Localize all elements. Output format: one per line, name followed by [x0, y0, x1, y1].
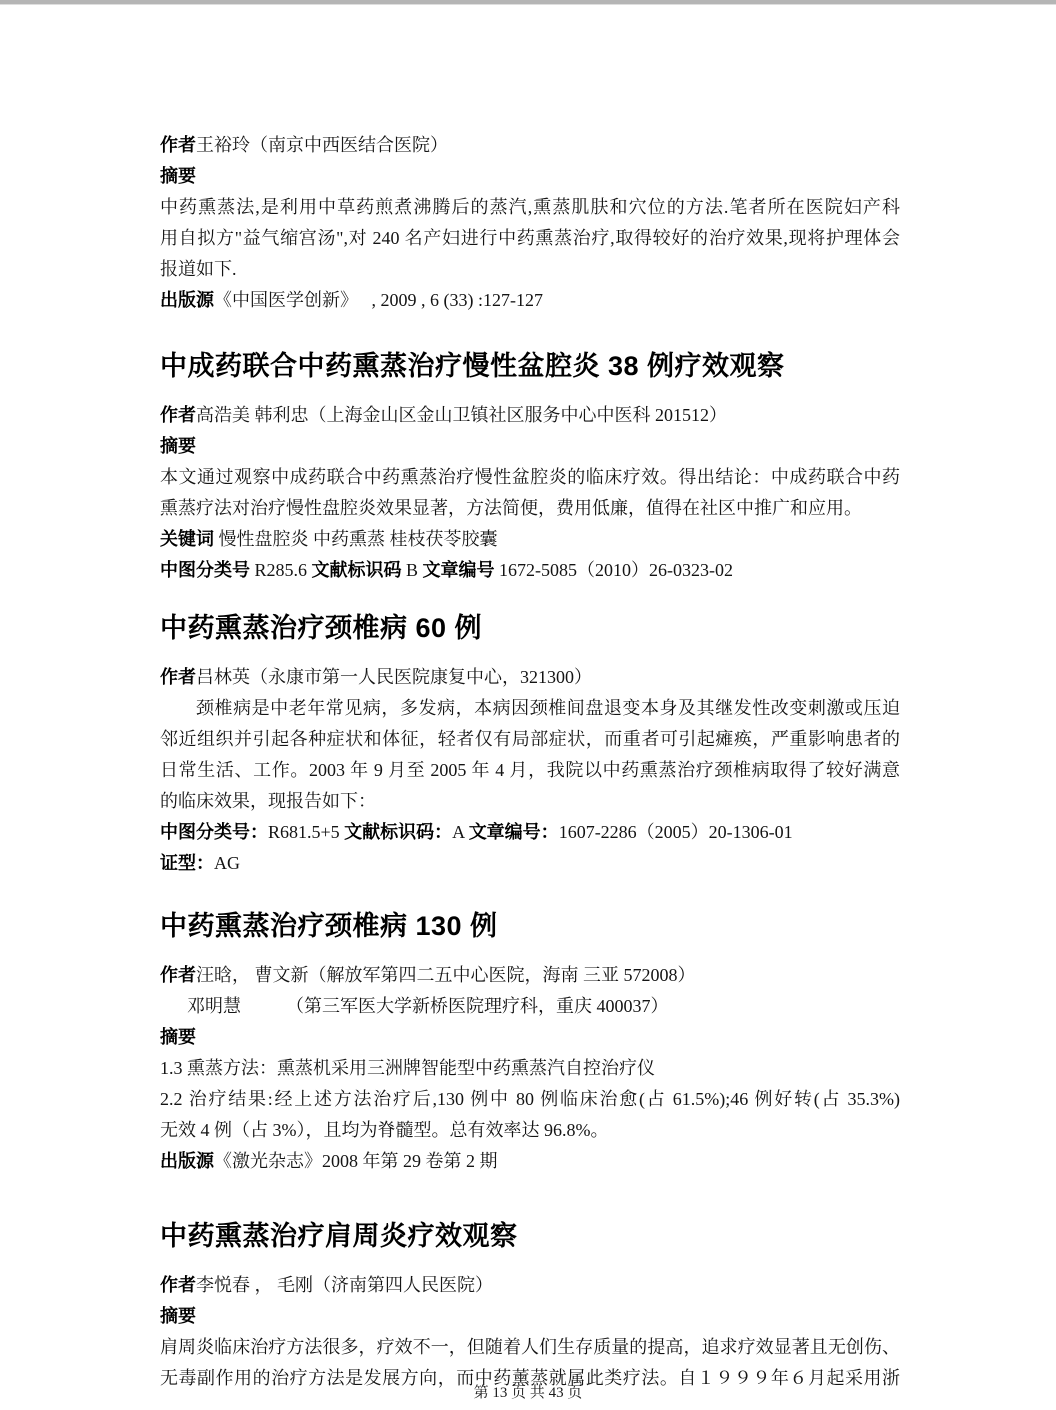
source-line: 出版源《中国医学创新》 , 2009 , 6 (33) :127-127 — [160, 285, 900, 316]
syndrome-type-value: AG — [214, 853, 240, 873]
classification-line: 中图分类号 R285.6 文献标识码 B 文章编号 1672-5085（2010… — [160, 555, 900, 586]
record-title: 中成药联合中药熏蒸治疗慢性盆腔炎 38 例疗效观察 — [160, 346, 900, 386]
author-label: 作者 — [160, 667, 196, 687]
page-top-edge — [0, 0, 1056, 5]
abstract-line: 无效 4 例（占 3%），且均为脊髓型。总有效率达 96.8%。 — [160, 1115, 900, 1146]
abstract-line: 中药熏蒸法,是利用中草药煎煮沸腾后的蒸汽,熏蒸肌肤和穴位的方法.笔者所在医院妇产… — [160, 192, 900, 223]
article-no-value: 1672-5085（2010）26-0323-02 — [495, 560, 733, 580]
record-title: 中药熏蒸治疗肩周炎疗效观察 — [160, 1216, 900, 1256]
author-label: 作者 — [160, 965, 196, 985]
author-value: 王裕玲（南京中西医结合医院） — [196, 135, 448, 155]
record-entry: 中药熏蒸治疗颈椎病 130 例 作者汪晗， 曹文新（解放军第四二五中心医院，海南… — [160, 906, 900, 1177]
abstract-line: 本文通过观察中成药联合中药熏蒸治疗慢性盆腔炎的临床疗效。得出结论：中成药联合中药 — [160, 462, 900, 493]
syndrome-type-line: 证型：AG — [160, 848, 900, 879]
author-value: 汪晗， 曹文新（解放军第四二五中心医院，海南 三亚 572008） — [196, 965, 696, 985]
record-entry: 作者王裕玲（南京中西医结合医院） 摘要 中药熏蒸法,是利用中草药煎煮沸腾后的蒸汽… — [160, 130, 900, 316]
abstract-line: 肩周炎临床治疗方法很多，疗效不一，但随着人们生存质量的提高，追求疗效显著且无创伤… — [160, 1332, 900, 1363]
doc-code-label: 文献标识码： — [344, 822, 452, 842]
abstract-label: 摘要 — [160, 166, 196, 186]
body-line: 日常生活、工作。2003 年 9 月至 2005 年 4 月，我院以中药熏蒸治疗… — [160, 755, 900, 786]
record-title: 中药熏蒸治疗颈椎病 60 例 — [160, 608, 900, 648]
source-label: 出版源 — [160, 1151, 214, 1171]
clc-value: R285.6 — [250, 560, 312, 580]
author-value: 吕林英（永康市第一人民医院康复中心，321300） — [196, 667, 592, 687]
keywords-label: 关键词 — [160, 529, 214, 549]
author-label: 作者 — [160, 1275, 196, 1295]
record-entry: 中药熏蒸治疗肩周炎疗效观察 作者李悦春 ， 毛刚（济南第四人民医院） 摘要 肩周… — [160, 1216, 900, 1394]
article-no-label: 文章编号： — [469, 822, 559, 842]
source-line: 出版源《激光杂志》2008 年第 29 卷第 2 期 — [160, 1146, 900, 1177]
author-line: 作者汪晗， 曹文新（解放军第四二五中心医院，海南 三亚 572008） — [160, 960, 900, 991]
keywords-value: 慢性盘腔炎 中药熏蒸 桂枝茯苓胶囊 — [214, 529, 498, 549]
author-label: 作者 — [160, 135, 196, 155]
abstract-label-line: 摘要 — [160, 1022, 900, 1053]
abstract-label: 摘要 — [160, 1027, 196, 1047]
abstract-label-line: 摘要 — [160, 431, 900, 462]
article-no-value: 1607-2286（2005）20-1306-01 — [559, 822, 793, 842]
clc-value: R681.5+5 — [268, 822, 344, 842]
doc-code-value: B — [402, 560, 423, 580]
abstract-line: 2.2 治疗结果:经上述方法治疗后,130 例中 80 例临床治愈(占 61.5… — [160, 1084, 900, 1115]
author-value: 李悦春 ， 毛刚（济南第四人民医院） — [196, 1275, 493, 1295]
clc-label: 中图分类号： — [160, 822, 268, 842]
document-page: 作者王裕玲（南京中西医结合医院） 摘要 中药熏蒸法,是利用中草药煎煮沸腾后的蒸汽… — [0, 0, 1056, 1410]
author-value: 高浩美 韩利忠（上海金山区金山卫镇社区服务中心中医科 201512） — [196, 405, 727, 425]
author-line: 作者李悦春 ， 毛刚（济南第四人民医院） — [160, 1270, 900, 1301]
body-line: 邻近组织并引起各种症状和体征，轻者仅有局部症状，而重者可引起瘫痪，严重影响患者的 — [160, 724, 900, 755]
body-line: 的临床效果，现报告如下： — [160, 786, 900, 817]
abstract-label: 摘要 — [160, 436, 196, 456]
record-entry: 中药熏蒸治疗颈椎病 60 例 作者吕林英（永康市第一人民医院康复中心，32130… — [160, 608, 900, 879]
author-line: 作者吕林英（永康市第一人民医院康复中心，321300） — [160, 662, 900, 693]
source-label: 出版源 — [160, 290, 214, 310]
source-value: 《激光杂志》2008 年第 29 卷第 2 期 — [214, 1151, 498, 1171]
abstract-line: 熏蒸疗法对治疗慢性盘腔炎效果显著，方法简便，费用低廉，值得在社区中推广和应用。 — [160, 493, 900, 524]
author-line: 作者高浩美 韩利忠（上海金山区金山卫镇社区服务中心中医科 201512） — [160, 400, 900, 431]
abstract-label-line: 摘要 — [160, 1301, 900, 1332]
abstract-line: 用自拟方"益气缩宫汤",对 240 名产妇进行中药熏蒸治疗,取得较好的治疗效果,… — [160, 223, 900, 254]
body-line: 颈椎病是中老年常见病，多发病，本病因颈椎间盘退变本身及其继发性改变刺激或压迫 — [160, 693, 900, 724]
author-line: 作者王裕玲（南京中西医结合医院） — [160, 130, 900, 161]
classification-line: 中图分类号：R681.5+5 文献标识码：A 文章编号：1607-2286（20… — [160, 817, 900, 848]
article-no-label: 文章编号 — [423, 560, 495, 580]
page-footer: 第 13 页 共 43 页 — [0, 1381, 1056, 1402]
abstract-line: 报道如下. — [160, 254, 900, 285]
record-entry: 中成药联合中药熏蒸治疗慢性盆腔炎 38 例疗效观察 作者高浩美 韩利忠（上海金山… — [160, 346, 900, 586]
author-label: 作者 — [160, 405, 196, 425]
abstract-line: 1.3 熏蒸方法：熏蒸机采用三洲牌智能型中药熏蒸汽自控治疗仪 — [160, 1053, 900, 1084]
abstract-label: 摘要 — [160, 1306, 196, 1326]
source-value: 《中国医学创新》 , 2009 , 6 (33) :127-127 — [214, 290, 543, 310]
syndrome-type-label: 证型： — [160, 853, 214, 873]
keywords-line: 关键词 慢性盘腔炎 中药熏蒸 桂枝茯苓胶囊 — [160, 524, 900, 555]
clc-label: 中图分类号 — [160, 560, 250, 580]
abstract-label-line: 摘要 — [160, 161, 900, 192]
author-line-2: 邓明慧 （第三军医大学新桥医院理疗科，重庆 400037） — [187, 991, 900, 1022]
doc-code-label: 文献标识码 — [312, 560, 402, 580]
doc-code-value: A — [452, 822, 469, 842]
record-title: 中药熏蒸治疗颈椎病 130 例 — [160, 906, 900, 946]
